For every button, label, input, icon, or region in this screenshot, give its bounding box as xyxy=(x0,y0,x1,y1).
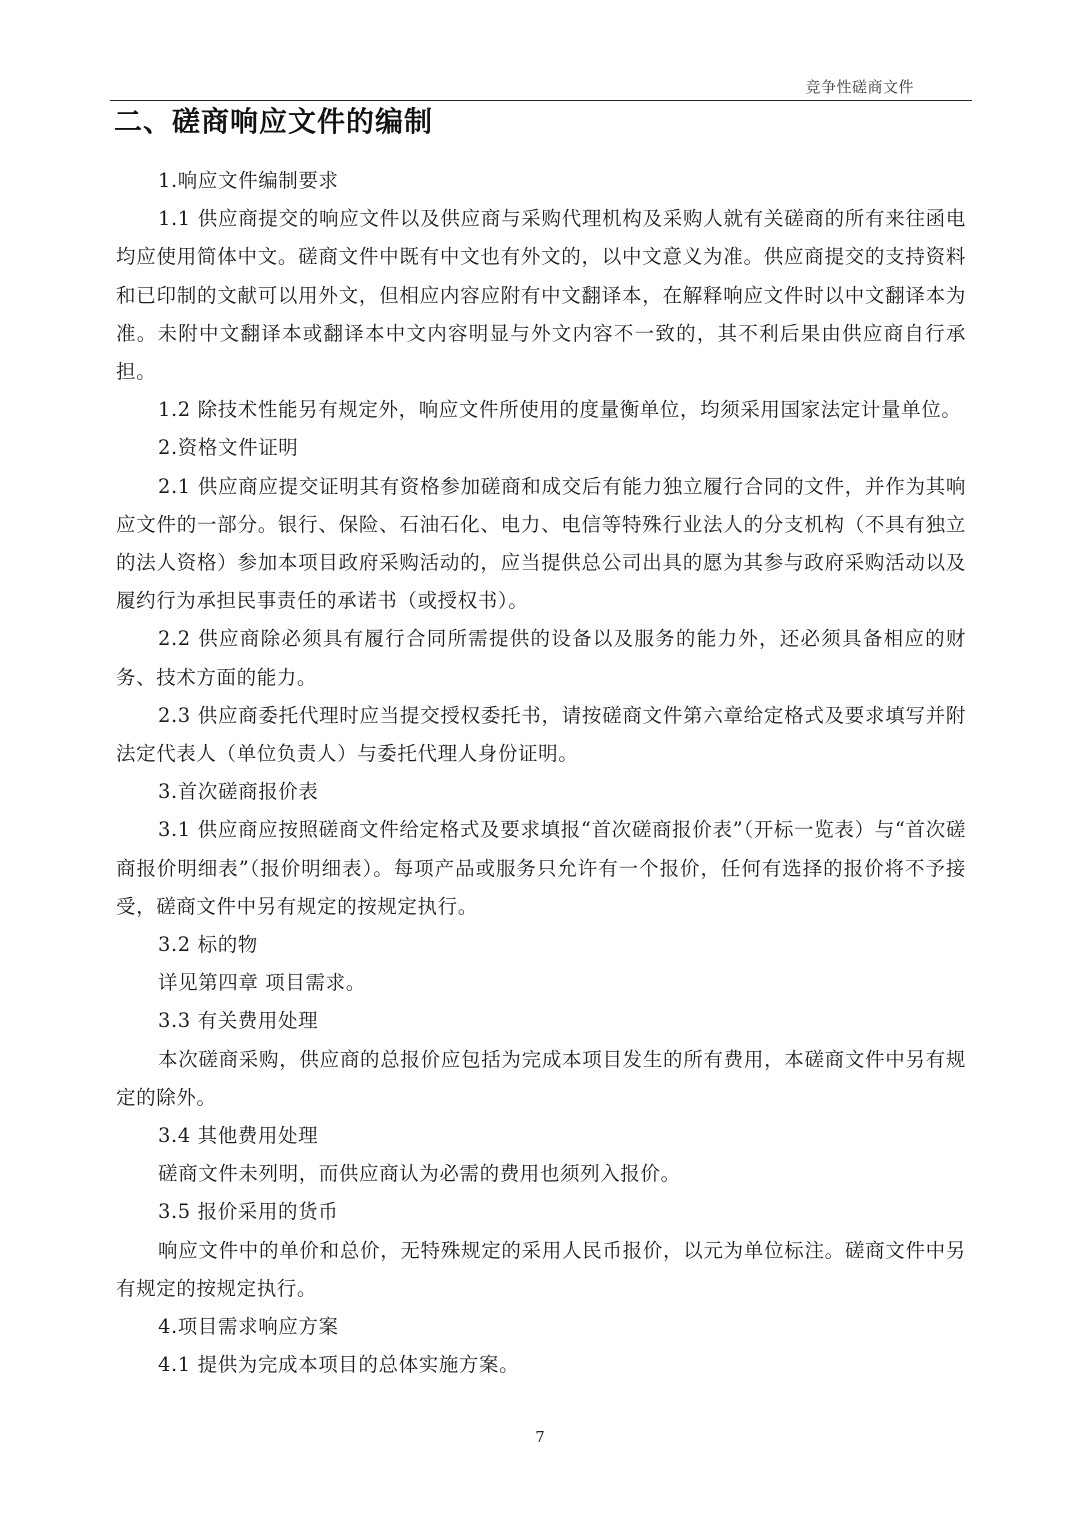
heading-3-3-fees: 3.3 有关费用处理 xyxy=(116,1002,966,1040)
paragraph-3-1: 3.1 供应商应按照磋商文件给定格式及要求填报“首次磋商报价表”（开标一览表）与… xyxy=(116,811,966,926)
heading-2-qualification: 2.资格文件证明 xyxy=(116,429,966,467)
paragraph-1-1: 1.1 供应商提交的响应文件以及供应商与采购代理机构及采购人就有关磋商的所有来往… xyxy=(116,200,966,391)
paragraph-2-1: 2.1 供应商应提交证明其有资格参加磋商和成交后有能力独立履行合同的文件，并作为… xyxy=(116,468,966,621)
paragraph-2-2: 2.2 供应商除必须具有履行合同所需提供的设备以及服务的能力外，还必须具备相应的… xyxy=(116,620,966,696)
heading-3-quotation-table: 3.首次磋商报价表 xyxy=(116,773,966,811)
heading-3-4-other-fees: 3.4 其他费用处理 xyxy=(116,1117,966,1155)
heading-4-response-plan: 4.项目需求响应方案 xyxy=(116,1308,966,1346)
running-header-title: 竞争性磋商文件 xyxy=(805,78,972,96)
paragraph-3-3: 本次磋商采购，供应商的总报价应包括为完成本项目发生的所有费用，本磋商文件中另有规… xyxy=(116,1041,966,1117)
running-header: 竞争性磋商文件 xyxy=(110,76,972,101)
paragraph-2-3: 2.3 供应商委托代理时应当提交授权委托书，请按磋商文件第六章给定格式及要求填写… xyxy=(116,697,966,773)
paragraph-1-2: 1.2 除技术性能另有规定外，响应文件所使用的度量衡单位，均须采用国家法定计量单… xyxy=(116,391,966,429)
paragraph-4-1: 4.1 提供为完成本项目的总体实施方案。 xyxy=(116,1346,966,1384)
heading-1-response-requirements: 1.响应文件编制要求 xyxy=(116,162,966,200)
heading-3-5-currency: 3.5 报价采用的货币 xyxy=(116,1193,966,1231)
paragraph-3-4: 磋商文件未列明，而供应商认为必需的费用也须列入报价。 xyxy=(116,1155,966,1193)
section-title: 二、磋商响应文件的编制 xyxy=(114,100,433,144)
heading-3-2-subject: 3.2 标的物 xyxy=(116,926,966,964)
document-page: 竞争性磋商文件 二、磋商响应文件的编制 1.响应文件编制要求 1.1 供应商提交… xyxy=(0,0,1080,1527)
paragraph-3-2: 详见第四章 项目需求。 xyxy=(116,964,966,1002)
paragraph-3-5: 响应文件中的单价和总价，无特殊规定的采用人民币报价，以元为单位标注。磋商文件中另… xyxy=(116,1232,966,1308)
body-text: 1.响应文件编制要求 1.1 供应商提交的响应文件以及供应商与采购代理机构及采购… xyxy=(116,162,966,1385)
page-number: 7 xyxy=(0,1428,1080,1446)
